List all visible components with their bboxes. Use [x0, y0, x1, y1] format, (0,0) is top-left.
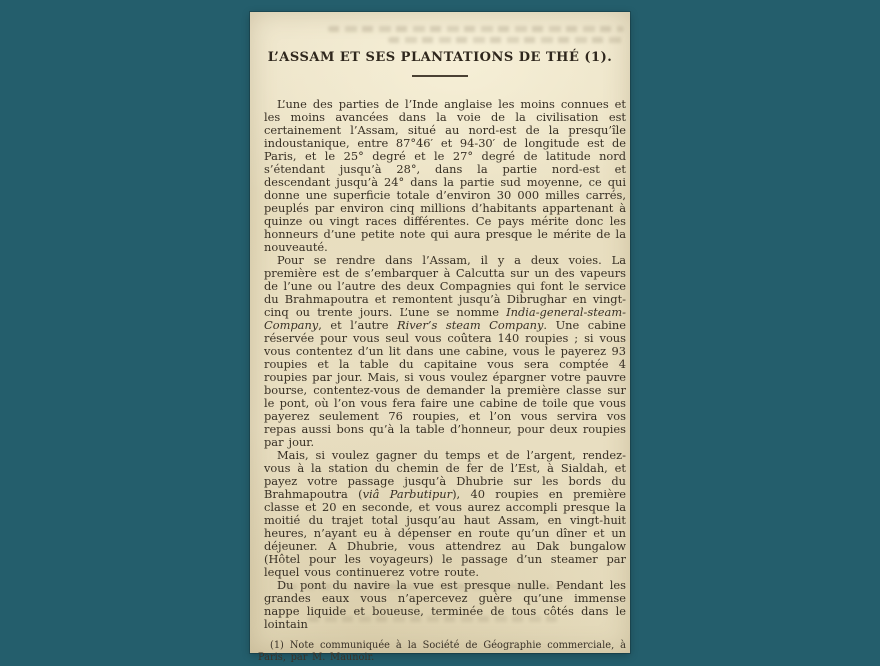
bleedthrough-text: [286, 584, 592, 590]
article-title: L’ASSAM ET SES PLANTATIONS DE THÉ (1).: [258, 50, 622, 66]
footnote: (1) Note communiquée à la Société de Géo…: [258, 640, 626, 663]
article-body: L’une des parties de l’Inde anglaise les…: [264, 98, 626, 631]
scanned-book-view: L’ASSAM ET SES PLANTATIONS DE THÉ (1). L…: [0, 0, 880, 666]
bleedthrough-text: [388, 37, 624, 43]
bleedthrough-text: [328, 26, 624, 32]
body-paragraph: Mais, si voulez gagner du temps et de l’…: [264, 449, 626, 579]
book-page: L’ASSAM ET SES PLANTATIONS DE THÉ (1). L…: [250, 12, 630, 653]
body-paragraph: L’une des parties de l’Inde anglaise les…: [264, 98, 626, 254]
bleedthrough-text: [308, 616, 558, 622]
body-paragraph: Pour se rendre dans l’Assam, il y a deux…: [264, 254, 626, 449]
title-divider: [412, 75, 468, 77]
